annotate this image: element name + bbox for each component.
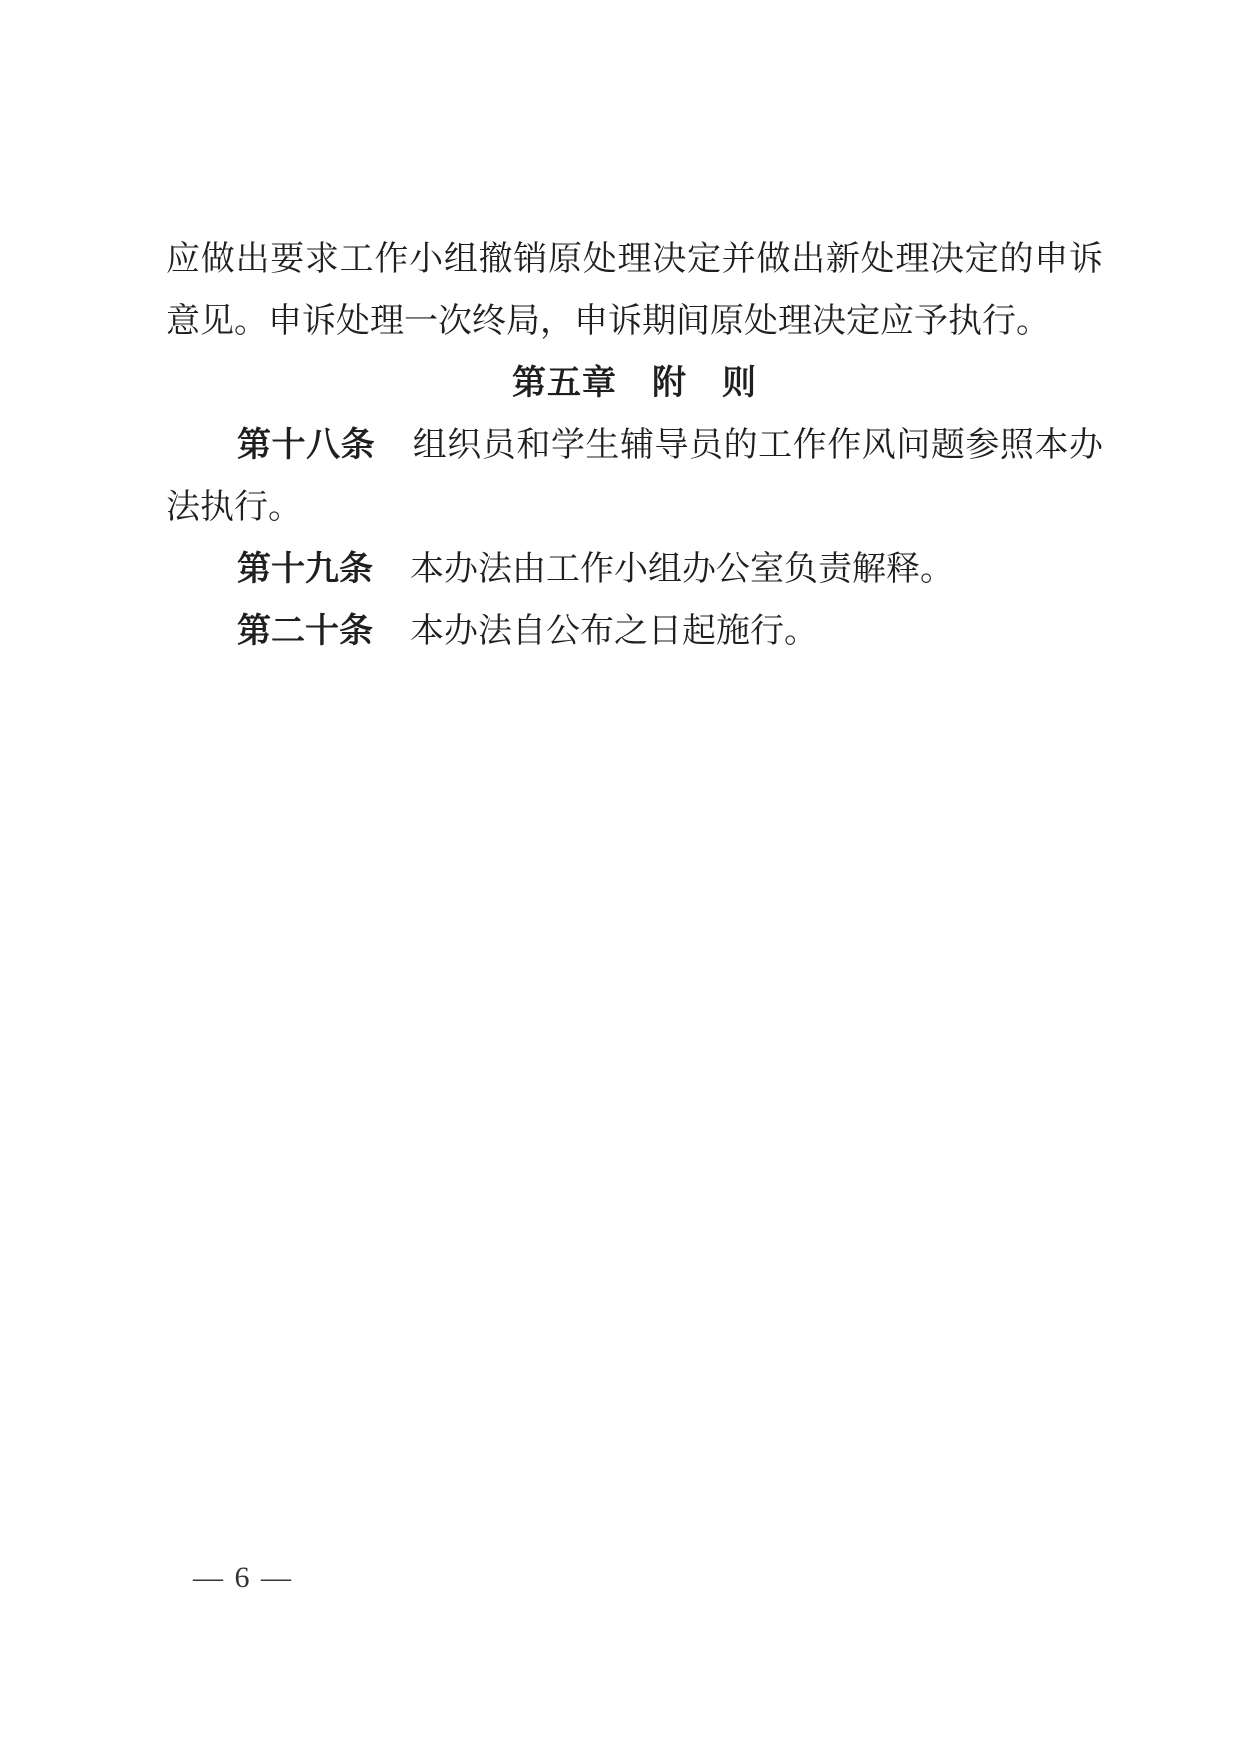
page-footer: — 6 — <box>193 1560 293 1596</box>
document-page: 应做出要求工作小组撤销原处理决定并做出新处理决定的申诉 意见。申诉处理一次终局，… <box>0 0 1240 1753</box>
article-label: 第十九条 <box>237 551 373 588</box>
article-label: 第二十条 <box>237 613 373 650</box>
paragraph-line: 应做出要求工作小组撤销原处理决定并做出新处理决定的申诉 <box>166 229 1103 291</box>
document-content: 应做出要求工作小组撤销原处理决定并做出新处理决定的申诉 意见。申诉处理一次终局，… <box>166 229 1103 663</box>
article-line: 法执行。 <box>166 477 1103 539</box>
article-text: 本办法自公布之日起施行。 <box>410 613 818 650</box>
article-line: 第十九条本办法由工作小组办公室负责解释。 <box>166 539 1103 601</box>
article-text: 组织员和学生辅导员的工作作风问题参照本办 <box>412 427 1103 464</box>
page-number: — 6 — <box>193 1561 293 1594</box>
article-line: 第二十条本办法自公布之日起施行。 <box>166 601 1103 663</box>
article-label: 第十八条 <box>237 427 375 464</box>
article-line: 第十八条组织员和学生辅导员的工作作风问题参照本办 <box>166 415 1103 477</box>
article-text: 本办法由工作小组办公室负责解释。 <box>410 551 954 588</box>
paragraph-line: 意见。申诉处理一次终局，申诉期间原处理决定应予执行。 <box>166 291 1103 353</box>
chapter-heading: 第五章 附 则 <box>166 353 1103 415</box>
